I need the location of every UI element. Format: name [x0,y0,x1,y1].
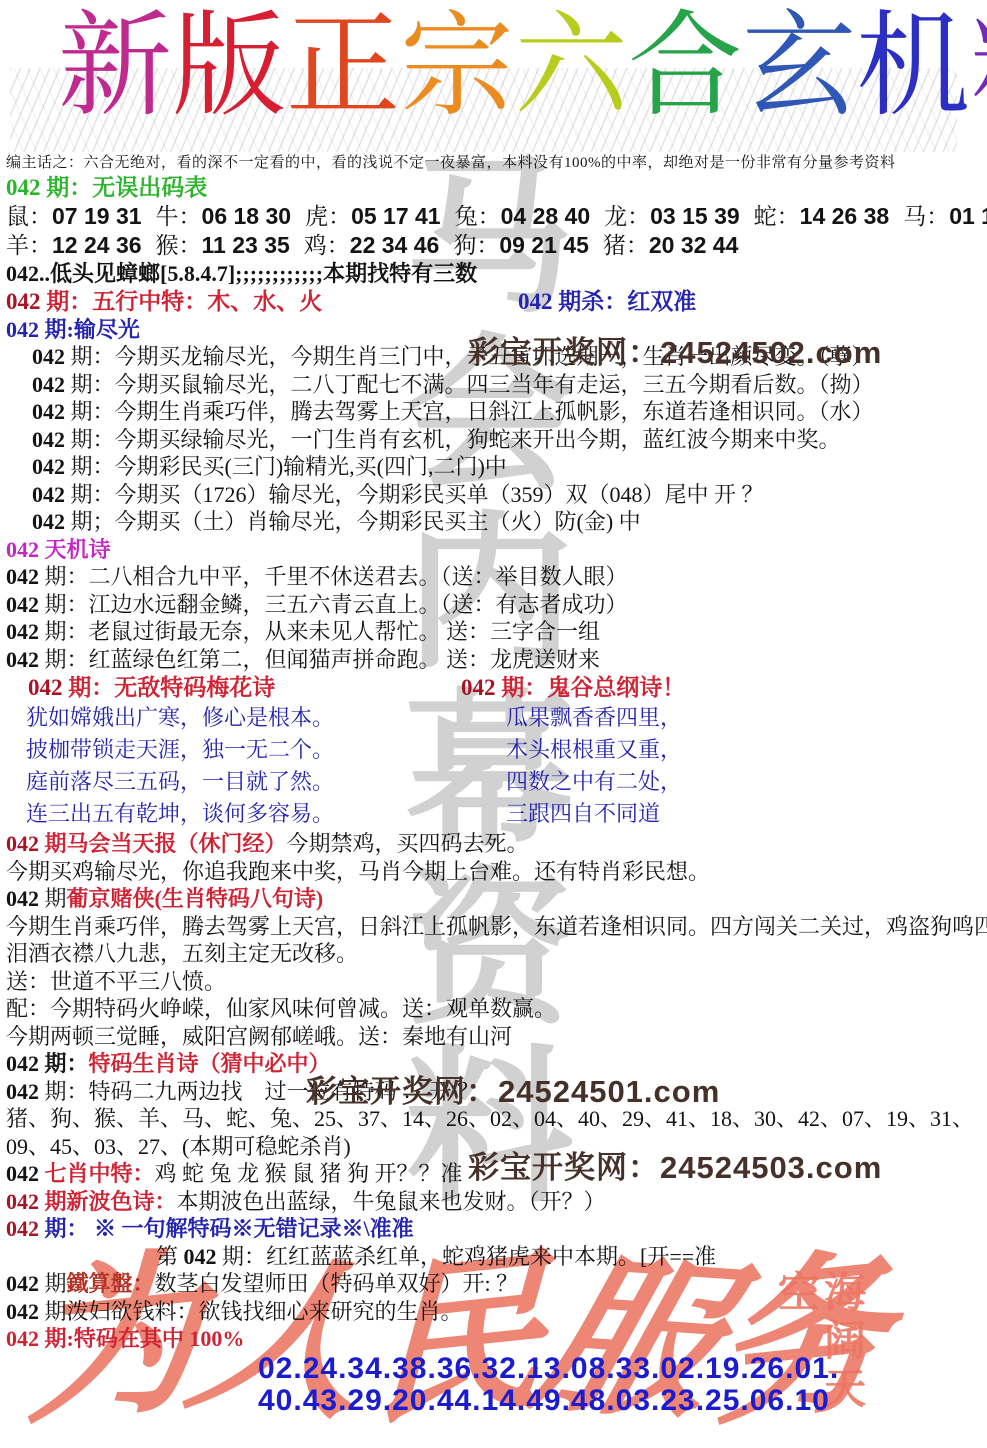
zodiac-label: 蛇： [754,204,800,229]
poem-line: 木头根根重又重， [461,734,983,766]
title-char: 正 [286,2,400,132]
zodiac-label: 龙： [604,204,650,229]
pujing-dux-header: 042 期葡京赌侠(生肖特码八句诗) [6,885,983,913]
song-line: 送：世道不平三八愤。 [6,968,983,996]
page-title: 新版正宗六合玄机料 [0,0,987,132]
mahui-dangtianbao: 042 期马会当天报（休门经）今期禁鸡，买四码去死。 [6,830,983,858]
shujinguang-line: 042 期：今期生肖乘巧伴，腾去驾雾上天宫，日斜江上孤帆影，东道若逢相识同。（水… [6,398,983,426]
site-watermark-3: 彩宝开奖网：24524503.com [468,1142,882,1187]
honghong-lanlan: 第 042 期：红红蓝蓝杀红单，蛇鸡猪虎来中本期。[开==准 [6,1243,983,1271]
shujinguang-line: 042 期；今期买（土）肖输尽光，今期彩民买主（火）防(金) 中 [6,508,983,536]
shujinguang-line: 042 期：今期彩民买(三门)输精光,买(四门,二门)中 [6,453,983,481]
zodiac-numbers: 03 15 39 [650,203,740,229]
zodiac-numbers: 06 18 30 [202,203,292,229]
tianji-line: 042 期：老鼠过街最无奈，从来未见人帮忙。 送：三字合一组 [6,618,983,646]
code-table-note: 042..低头见蟑螂[5.8.4.7];;;;;;;;;;;;本期找特有三数 [6,260,983,288]
zodiac-numbers: 12 24 36 [52,232,142,258]
zodiac-numbers: 22 34 46 [350,232,440,258]
pujing-line: 泪酒衣襟八九悲，五刻主定无改移。 [6,940,983,968]
zodiac-numbers: 01 13 25 [949,203,987,229]
tema-zaiqizhong: 042 期:特码在其中 100% [6,1325,983,1353]
site-watermark-1: 彩宝开奖网：24524502.com [468,327,882,372]
pei-line: 配：今期特码火峥嵘，仙家风味何曾减。送：观单数赢。 [6,995,983,1023]
bottom-numbers-1: 02.24.34.38.36.32.13.08.33.02.19.26.01. [6,1353,983,1385]
zodiac-label: 鼠： [6,204,52,229]
zodiac-label: 兔： [455,204,501,229]
zodiac-numbers: 14 26 38 [800,203,890,229]
code-table-header: 042 期：无误出码表 [6,174,983,202]
tianji-header: 042 天机诗 [6,536,983,564]
poem-line: 三跟四自不同道 [461,798,983,830]
poem-columns: 042 期：无敌特码梅花诗犹如嫦娥出广寒，修心是根本。披枷带锁走天涯，独一无二个… [6,673,983,830]
zodiac-numbers: 20 32 44 [649,232,739,258]
site-watermark-2: 彩宝开奖网：24524501.com [306,1066,720,1111]
page-title-wrap: 新版正宗六合玄机料 [0,0,987,152]
tiesuanpan: 042 期鐵算盤：数茎白发望师田（特码单双好）开: ？ [6,1270,983,1298]
zodiac-label: 虎： [305,204,351,229]
guigu-poem-column: 042 期：鬼谷总纲诗！瓜果飘香香四里，木头根根重又重，四数之中有二处，三跟四自… [461,673,983,830]
zodiac-numbers: 05 17 41 [351,203,441,229]
title-char: 新 [58,2,172,132]
bottom-numbers-2: 40.43.29.20.44.14.49.48.03.23.25.06.10 [6,1385,983,1417]
zodiac-label: 猴： [156,233,202,258]
zodiac-label: 羊： [6,233,52,258]
title-char: 六 [514,2,628,132]
zodiac-label: 狗： [453,233,499,258]
zodiac-numbers: 11 23 35 [202,232,290,258]
shujinguang-line: 042 期：今期买绿输尽光，一门生肖有玄机，狗蛇来开出今期，蓝红波今期来中奖。 [6,426,983,454]
editor-note: 编主话之：六合无绝对，看的深不一定看的中，看的浅说不定一夜暴富，本料没有100%… [6,152,983,174]
zodiac-numbers: 07 19 31 [52,203,142,229]
tianji-line: 042 期：江边水远翻金鳞，三五六青云直上。（送：有志者成功） [6,591,983,619]
code-table-row-1: 鼠：07 19 31牛：06 18 30虎：05 17 41兔：04 28 40… [6,202,983,231]
shujinguang-line: 042 期：今期买鼠输尽光，二八丁配七不满。四三当年有走运，三五今期看后数。（拗… [6,371,983,399]
title-char: 合 [628,2,742,132]
meihua-poem-column: 042 期：无敌特码梅花诗犹如嫦娥出广寒，修心是根本。披枷带锁走天涯，独一无二个… [6,673,461,830]
tianji-line: 042 期：红蓝绿色红第二，但闻猫声拼命跑。 送：龙虎送财来 [6,646,983,674]
poem-line: 犹如嫦娥出广寒，修心是根本。 [6,702,461,734]
zodiac-label: 马： [903,204,949,229]
zodiac-label: 猪： [603,233,649,258]
pujing-line: 今期生肖乘巧伴，腾去驾雾上天宫，日斜江上孤帆影，东道若逢相识同。四方闯关二关过，… [6,913,983,941]
zodiac-numbers: 09 21 45 [499,232,589,258]
poem-header: 042 期：无敌特码梅花诗 [6,673,461,702]
mahui-note: 今期买鸡输尽光，你追我跑来中奖，马肖今期上台难。还有特肖彩民想。 [6,858,983,886]
split-right: 042 期杀：红双准 [518,288,696,316]
zodiac-label: 鸡： [304,233,350,258]
xinbose-shi: 042 期新波色诗：本期波色出蓝绿，牛兔鼠来也发财。（开？） [6,1188,983,1216]
zodiac-numbers: 04 28 40 [501,203,591,229]
pofu-yuqianliao: 042 期泼妇欲钱料：欲钱找细心来研究的生肖。 [6,1298,983,1326]
yijujie-tema: 042 期： ※ 一句解特码※无错记录※\准准 [6,1215,983,1243]
title-char: 料 [970,2,987,132]
title-char: 机 [856,2,970,132]
title-char: 宗 [400,2,514,132]
title-char: 玄 [742,2,856,132]
poem-line: 瓜果飘香香四里， [461,702,983,734]
code-table-row-2: 羊：12 24 36猴：11 23 35鸡：22 34 46狗：09 21 45… [6,231,983,260]
poem-line: 连三出五有乾坤，谈何多容易。 [6,798,461,830]
poem-line: 四数之中有二处， [461,766,983,798]
shujinguang-line: 042 期：今期买（1726）输尽光，今期彩民买单（359）双（048）尾中 开… [6,481,983,509]
poem-line: 庭前落尽三五码，一目就了然。 [6,766,461,798]
zodiac-label: 牛： [156,204,202,229]
poem-line: 披枷带锁走天涯，独一无二个。 [6,734,461,766]
wuxing-and-sha-row: 042 期：五行中特：木、水、火042 期杀：红双准 [6,288,983,316]
song-line: 今期两顿三觉睡，威阳宫阙郁嵯峨。送：秦地有山河 [6,1023,983,1051]
poem-header: 042 期：鬼谷总纲诗！ [461,673,983,702]
lottery-info-sheet: 马会内幕资料 为人民服务 海阔天空 新版正宗六合玄机料 彩宝开奖网：245245… [0,0,987,1448]
tianji-line: 042 期：二八相合九中平，千里不休送君去。（送：举目数人眼） [6,563,983,591]
split-left: 042 期：五行中特：木、水、火 [6,289,322,314]
title-char: 版 [172,2,286,132]
